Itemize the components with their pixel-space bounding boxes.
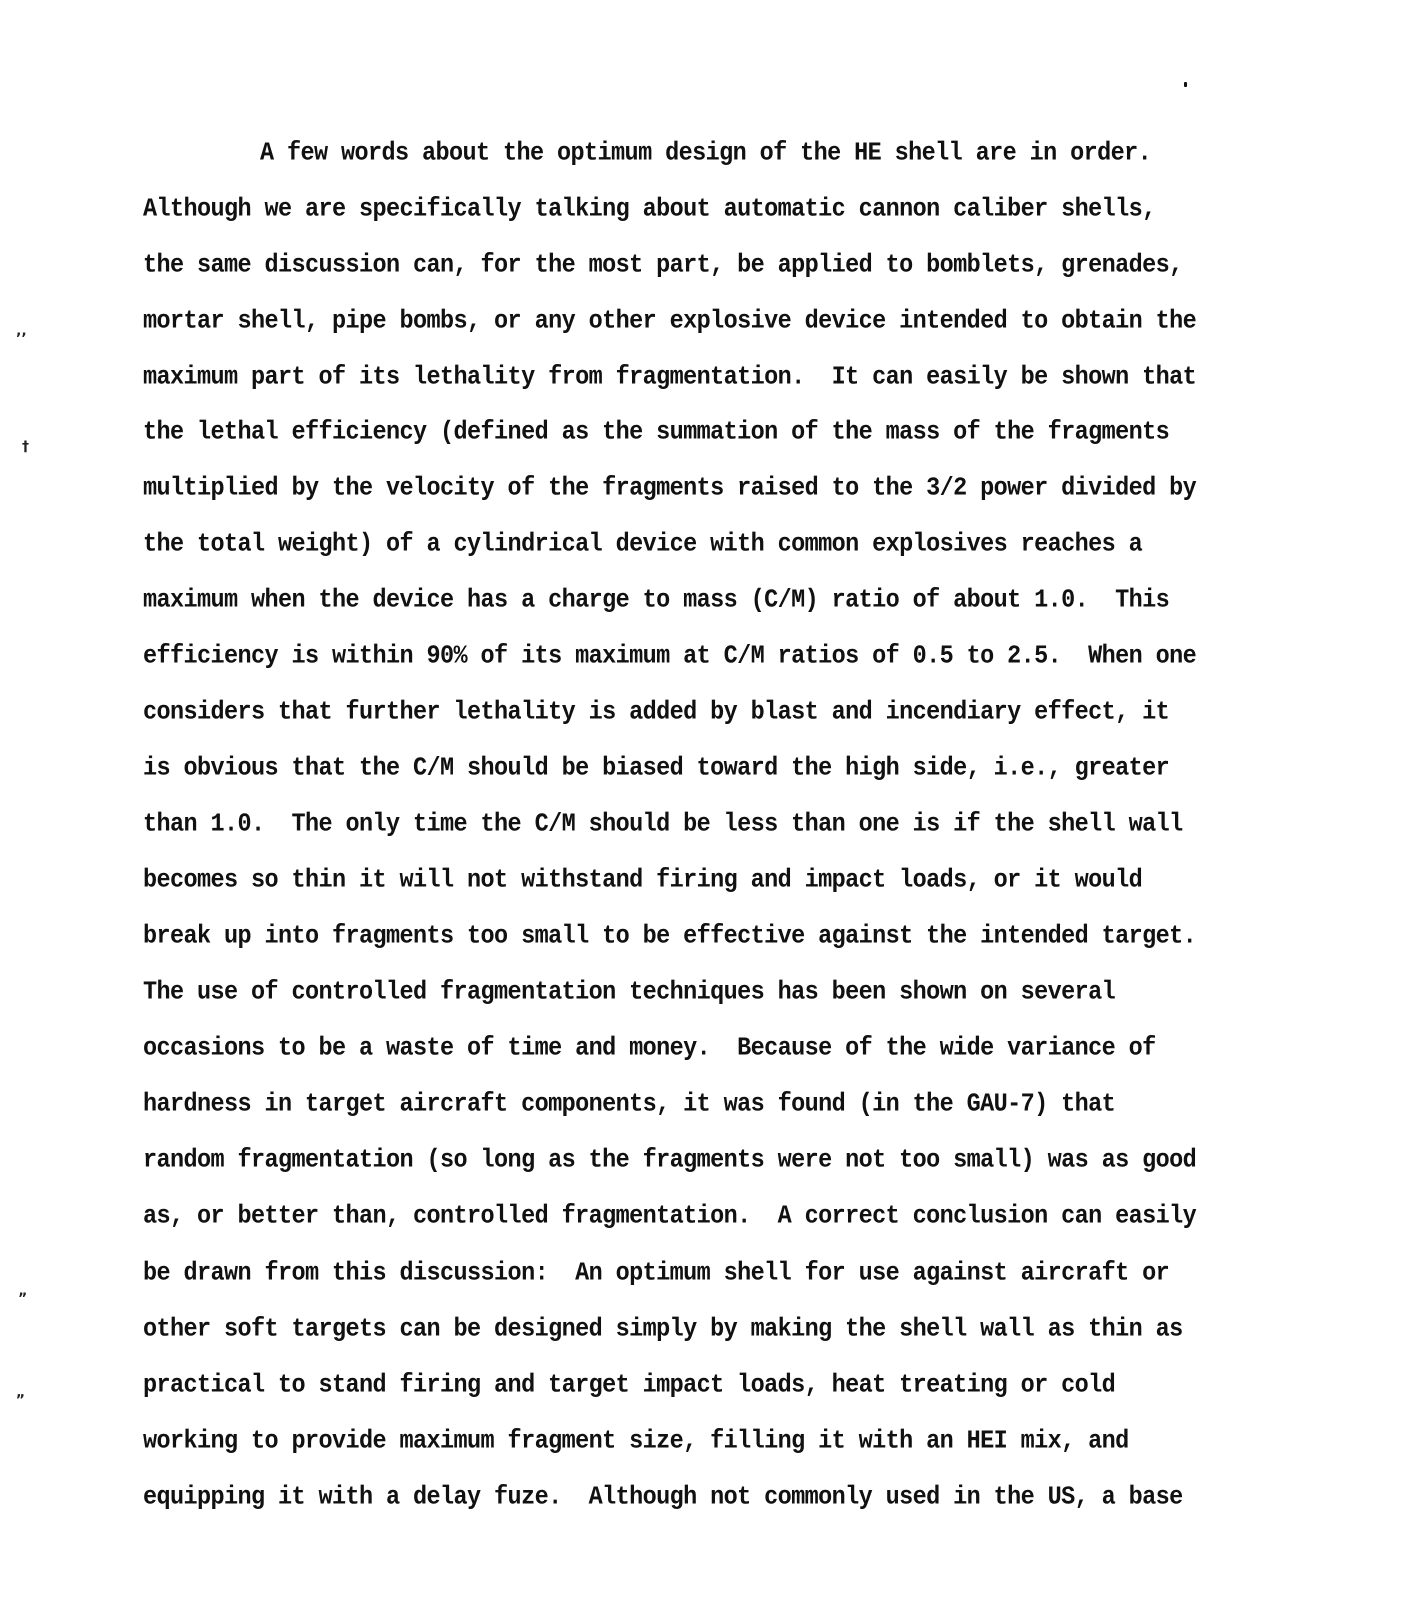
margin-mark: †	[22, 440, 29, 454]
paragraph-line-6: the lethal efficiency (defined as the su…	[143, 417, 1169, 448]
paragraph-line-18: hardness in target aircraft components, …	[143, 1089, 1115, 1120]
document-page: ’’ † ” „ A few words about the optimum d…	[0, 0, 1401, 1605]
paragraph-line-25: equipping it with a delay fuze. Although…	[143, 1482, 1183, 1513]
paragraph-line-16: The use of controlled fragmentation tech…	[143, 977, 1115, 1008]
margin-mark: „	[16, 1386, 25, 1400]
paragraph-line-22: other soft targets can be designed simpl…	[143, 1314, 1183, 1345]
paragraph-line-12: is obvious that the C/M should be biased…	[143, 753, 1169, 784]
stray-mark	[1184, 82, 1187, 87]
paragraph-line-1: A few words about the optimum design of …	[260, 138, 1151, 169]
paragraph-line-21: be drawn from this discussion: An optimu…	[143, 1258, 1169, 1289]
paragraph-line-20: as, or better than, controlled fragmenta…	[143, 1201, 1196, 1232]
margin-mark: ”	[18, 1292, 27, 1306]
paragraph-line-15: break up into fragments too small to be …	[143, 921, 1196, 952]
paragraph-line-19: random fragmentation (so long as the fra…	[143, 1145, 1196, 1176]
paragraph-line-13: than 1.0. The only time the C/M should b…	[143, 809, 1183, 840]
paragraph-line-17: occasions to be a waste of time and mone…	[143, 1033, 1156, 1064]
paragraph-line-24: working to provide maximum fragment size…	[143, 1426, 1129, 1457]
paragraph-line-2: Although we are specifically talking abo…	[143, 194, 1156, 225]
paragraph-line-9: maximum when the device has a charge to …	[143, 585, 1169, 616]
paragraph-line-8: the total weight) of a cylindrical devic…	[143, 529, 1142, 560]
paragraph-line-23: practical to stand firing and target imp…	[143, 1370, 1115, 1401]
paragraph-line-10: efficiency is within 90% of its maximum …	[143, 641, 1196, 672]
paragraph-line-3: the same discussion can, for the most pa…	[143, 250, 1183, 281]
paragraph-line-11: considers that further lethality is adde…	[143, 697, 1169, 728]
margin-mark: ’’	[16, 332, 27, 346]
paragraph-line-7: multiplied by the velocity of the fragme…	[143, 473, 1196, 504]
paragraph-line-5: maximum part of its lethality from fragm…	[143, 362, 1196, 393]
paragraph-line-14: becomes so thin it will not withstand fi…	[143, 865, 1142, 896]
paragraph-line-4: mortar shell, pipe bombs, or any other e…	[143, 306, 1196, 337]
